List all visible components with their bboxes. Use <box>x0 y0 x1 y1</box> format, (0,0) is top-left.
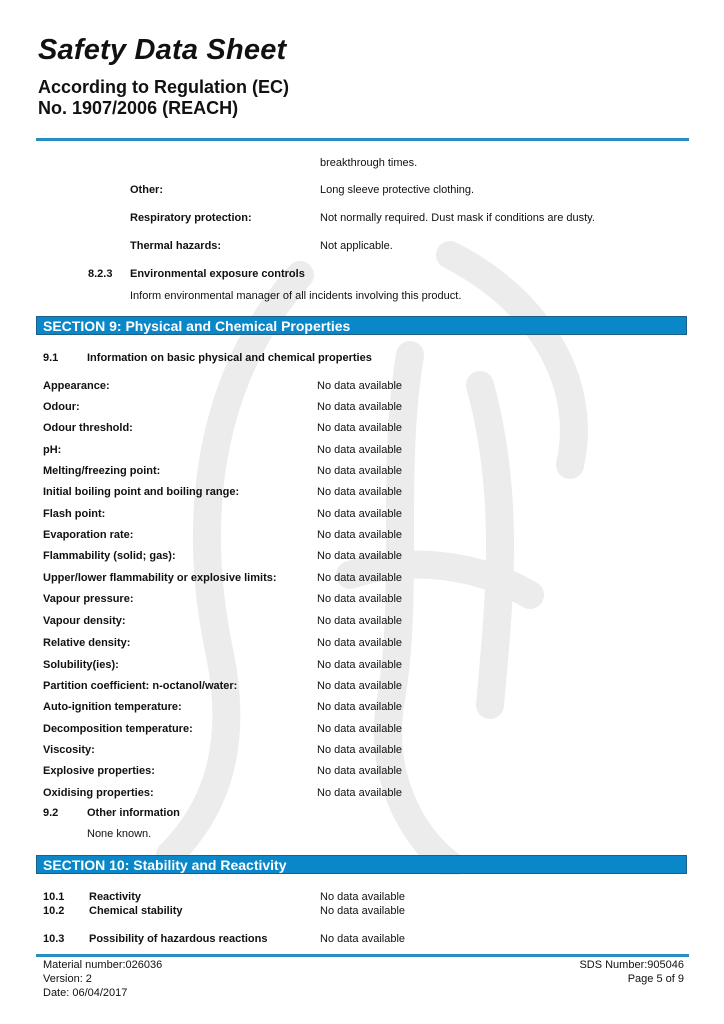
property-value: No data available <box>317 529 402 541</box>
property-label: Flash point: <box>43 508 105 520</box>
breakthrough-text: breakthrough times. <box>320 157 417 170</box>
subtitle-line-1: According to Regulation (EC) <box>38 77 289 98</box>
section-9-header: SECTION 9: Physical and Chemical Propert… <box>36 316 687 335</box>
footer-divider <box>36 954 689 957</box>
section-10-header: SECTION 10: Stability and Reactivity <box>36 855 687 874</box>
property-value: No data available <box>317 422 402 434</box>
subsection-number-10-2: 10.2 <box>43 905 64 918</box>
property-label: Upper/lower flammability or explosive li… <box>43 572 277 584</box>
property-label: Solubility(ies): <box>43 659 119 671</box>
property-value: No data available <box>317 765 402 777</box>
property-value: No data available <box>317 744 402 756</box>
property-label: Vapour density: <box>43 615 126 627</box>
version: Version: 2 <box>43 972 162 986</box>
property-value: No data available <box>317 401 402 413</box>
property-label: Vapour pressure: <box>43 593 133 605</box>
property-label: Initial boiling point and boiling range: <box>43 486 239 498</box>
subsection-number-8-2-3: 8.2.3 <box>88 268 112 281</box>
document-title: Safety Data Sheet <box>38 34 286 67</box>
material-number: Material number:026036 <box>43 958 162 972</box>
hazardous-reactions-value: No data available <box>320 933 405 946</box>
other-info-text: None known. <box>87 828 151 841</box>
page-number: Page 5 of 9 <box>579 972 684 986</box>
property-value: No data available <box>317 465 402 477</box>
subsection-title-env-controls: Environmental exposure controls <box>130 268 305 281</box>
chemical-stability-label: Chemical stability <box>89 905 183 918</box>
property-value: No data available <box>317 444 402 456</box>
property-value: No data available <box>317 787 402 799</box>
regulation-subtitle: According to Regulation (EC) No. 1907/20… <box>38 77 289 119</box>
subsection-number-9-1: 9.1 <box>43 352 58 365</box>
footer-right: SDS Number:905046 Page 5 of 9 <box>579 958 684 986</box>
property-label: Odour threshold: <box>43 422 133 434</box>
property-value: No data available <box>317 637 402 649</box>
env-controls-text: Inform environmental manager of all inci… <box>130 290 461 303</box>
ppe-label-respiratory: Respiratory protection: <box>130 212 252 225</box>
property-label: Partition coefficient: n-octanol/water: <box>43 680 237 692</box>
ppe-value-thermal: Not applicable. <box>320 240 393 253</box>
property-value: No data available <box>317 593 402 605</box>
property-value: No data available <box>317 659 402 671</box>
property-value: No data available <box>317 550 402 562</box>
ppe-label-other: Other: <box>130 184 163 197</box>
subsection-number-9-2: 9.2 <box>43 807 58 820</box>
property-label: pH: <box>43 444 61 456</box>
subsection-title-other-info: Other information <box>87 807 180 820</box>
subsection-number-10-3: 10.3 <box>43 933 64 946</box>
hazardous-reactions-label: Possibility of hazardous reactions <box>89 933 268 946</box>
property-label: Evaporation rate: <box>43 529 133 541</box>
subsection-number-10-1: 10.1 <box>43 891 64 904</box>
property-label: Appearance: <box>43 380 110 392</box>
property-value: No data available <box>317 508 402 520</box>
property-label: Oxidising properties: <box>43 787 154 799</box>
property-label: Melting/freezing point: <box>43 465 160 477</box>
property-value: No data available <box>317 615 402 627</box>
subtitle-line-2: No. 1907/2006 (REACH) <box>38 98 289 119</box>
chemical-stability-value: No data available <box>320 905 405 918</box>
property-value: No data available <box>317 723 402 735</box>
reactivity-value: No data available <box>320 891 405 904</box>
reactivity-label: Reactivity <box>89 891 141 904</box>
property-label: Decomposition temperature: <box>43 723 193 735</box>
property-label: Flammability (solid; gas): <box>43 550 176 562</box>
property-label: Relative density: <box>43 637 130 649</box>
property-value: No data available <box>317 680 402 692</box>
property-value: No data available <box>317 380 402 392</box>
ppe-value-other: Long sleeve protective clothing. <box>320 184 474 197</box>
property-label: Viscosity: <box>43 744 95 756</box>
sds-number: SDS Number:905046 <box>579 958 684 972</box>
property-value: No data available <box>317 701 402 713</box>
footer-left: Material number:026036 Version: 2 Date: … <box>43 958 162 1000</box>
ppe-label-thermal: Thermal hazards: <box>130 240 221 253</box>
subsection-title-basic-properties: Information on basic physical and chemic… <box>87 352 372 365</box>
property-value: No data available <box>317 486 402 498</box>
property-label: Odour: <box>43 401 80 413</box>
date: Date: 06/04/2017 <box>43 986 162 1000</box>
header-divider <box>36 138 689 141</box>
property-label: Auto-ignition temperature: <box>43 701 182 713</box>
property-value: No data available <box>317 572 402 584</box>
property-label: Explosive properties: <box>43 765 155 777</box>
ppe-value-respiratory: Not normally required. Dust mask if cond… <box>320 212 595 225</box>
